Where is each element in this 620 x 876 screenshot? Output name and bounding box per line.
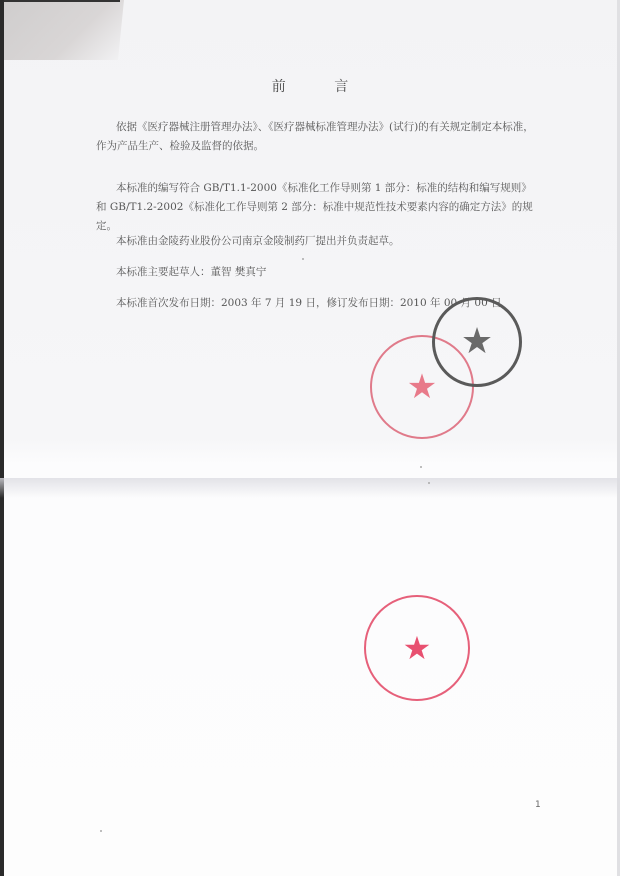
paragraph-proposer: 本标准由金陵药业股份公司南京金陵制药厂提出并负责起草。	[96, 232, 536, 251]
star-icon: ★	[403, 632, 432, 664]
scan-top-edge	[4, 0, 120, 2]
scan-speck	[420, 466, 422, 468]
paragraph-drafters: 本标准主要起草人：董智 樊真宁	[96, 263, 536, 282]
paragraph-drafting-rules: 本标准的编写符合 GB/T1.1-2000《标准化工作导则第 1 部分：标准的结…	[96, 179, 536, 236]
star-icon: ★	[407, 370, 437, 404]
scan-speck	[302, 258, 304, 260]
scan-left-edge	[0, 0, 4, 876]
scan-speck	[428, 482, 430, 484]
scan-speck	[100, 830, 102, 832]
official-seal-red-lower: ★	[364, 595, 470, 701]
scan-corner-shadow	[4, 0, 124, 60]
paragraph-basis: 依据《医疗器械注册管理办法》、《医疗器械标准管理办法》(试行)的有关规定制定本标…	[96, 118, 536, 156]
company-seal-gray: ★	[432, 297, 522, 387]
page-title: 前 言	[0, 76, 620, 96]
page-number: 1	[535, 800, 541, 810]
star-icon: ★	[461, 324, 493, 360]
paper-fold-line	[0, 478, 620, 498]
scanned-document-page: 前 言 依据《医疗器械注册管理办法》、《医疗器械标准管理办法》(试行)的有关规定…	[0, 0, 620, 876]
